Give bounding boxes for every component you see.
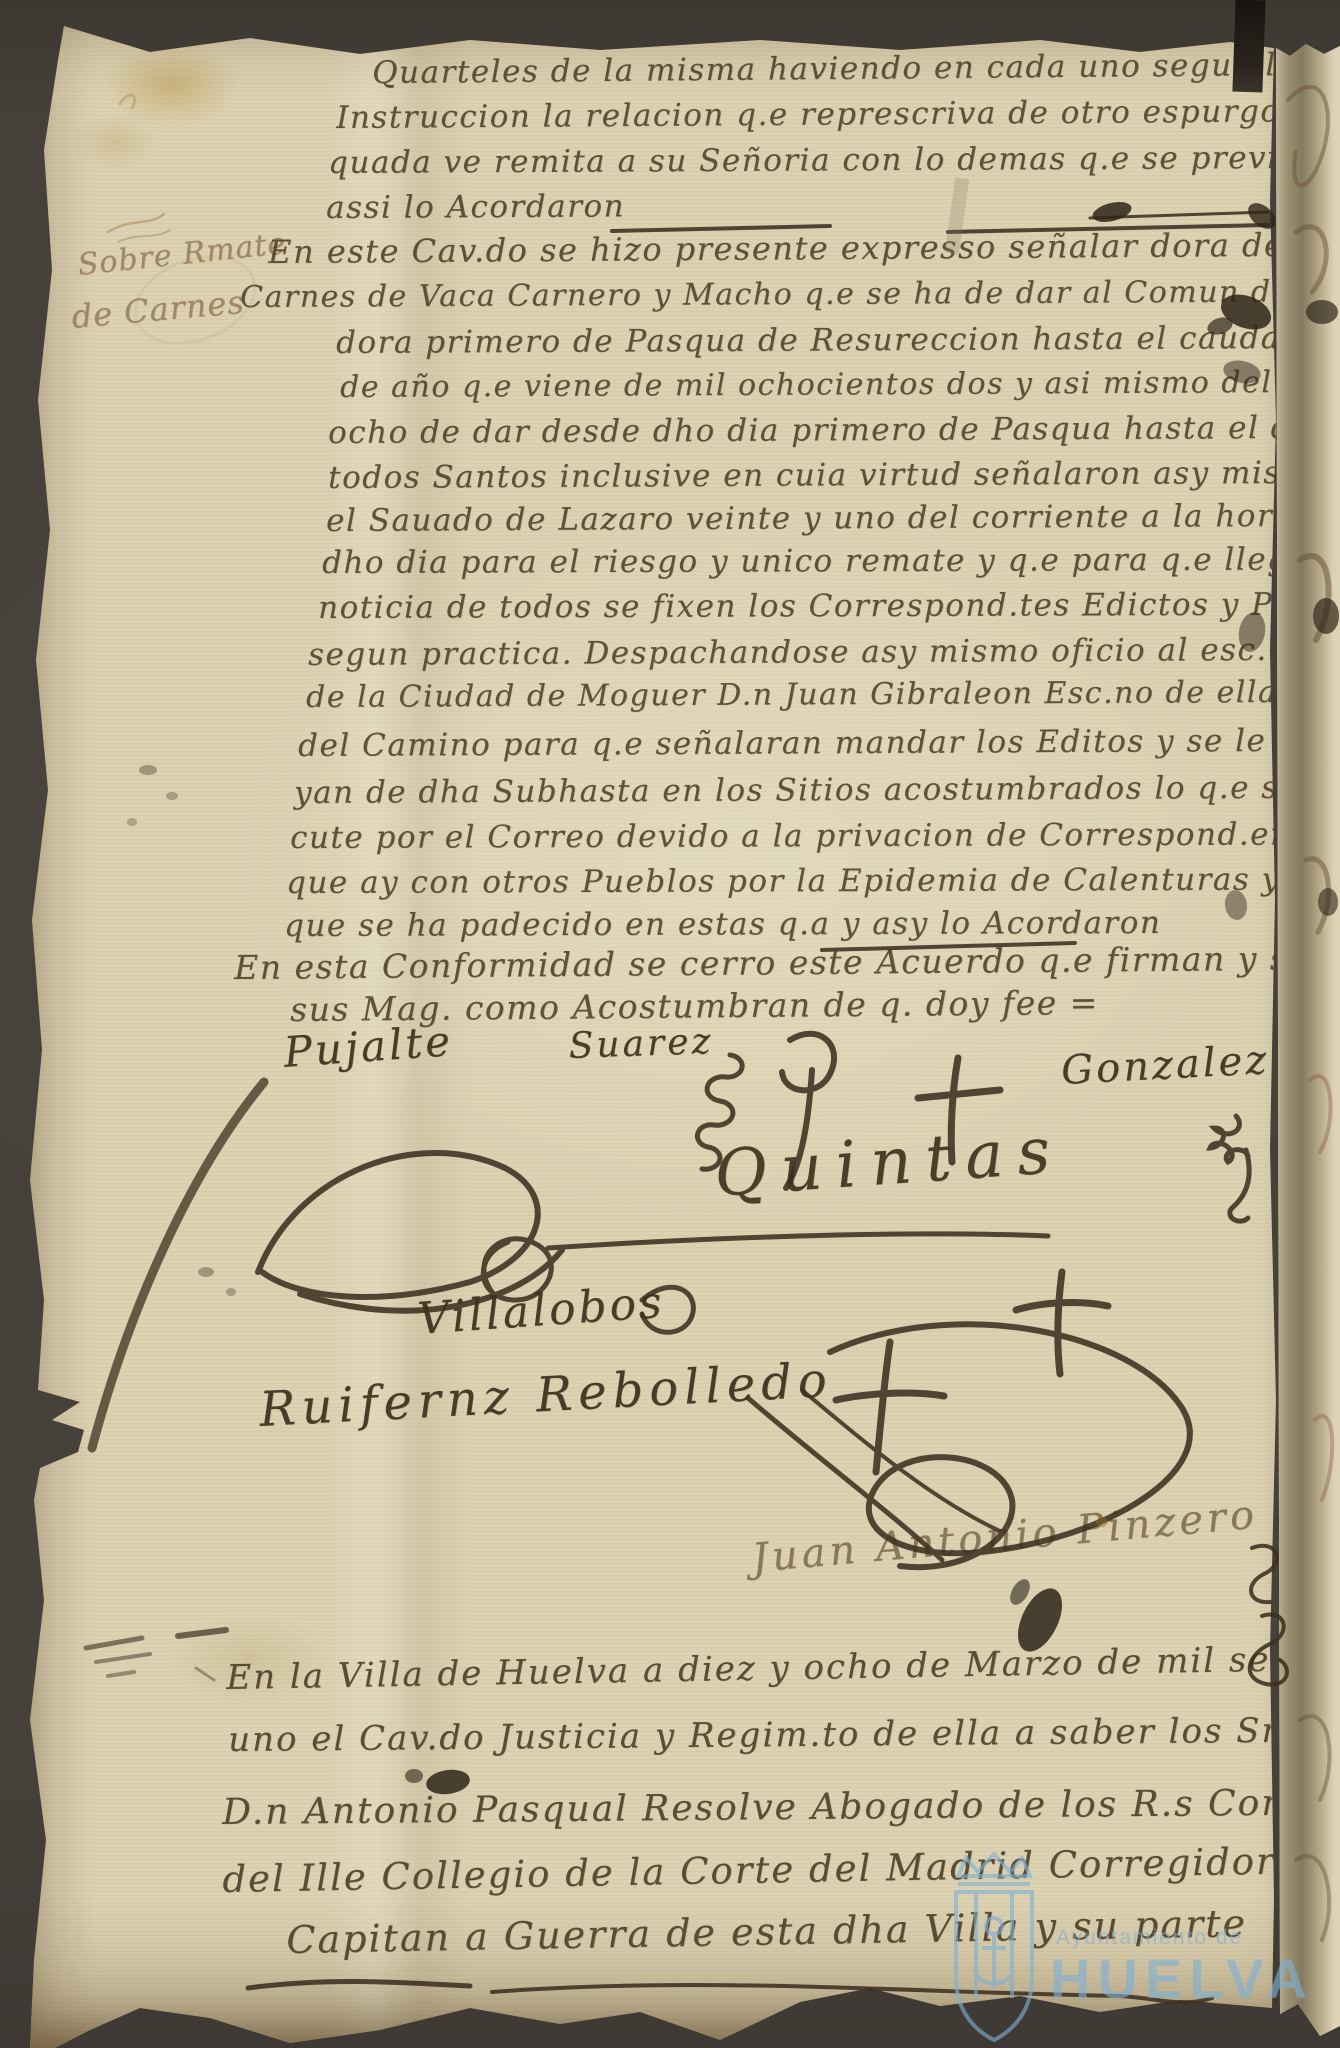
manuscript-line: En este Cav.do se hizo presente expresso… [268,225,1340,271]
manuscript-line: quada ve remita a su Señoria con lo dema… [328,140,1340,181]
manuscript-line: todos Santos inclusive en cuia virtud se… [328,455,1332,496]
manuscript-line: el Sauado de Lazaro veinte y uno del cor… [326,498,1340,539]
manuscript-line: Carnes de Vaca Carnero y Macho q.e se ha… [240,274,1340,315]
manuscript-page: Sobre Rmatede Carnes Quarteles de la mis… [0,0,1340,2048]
manuscript-line: noticia de todos se fixen los Correspond… [318,586,1340,626]
manuscript-line: yan de dha Subhasta en los Sitios acostu… [294,770,1299,811]
manuscript-line: de año q.e viene de mil ochocientos dos … [340,365,1340,405]
manuscript-line: dho dia para el riesgo y unico remate y … [322,541,1340,581]
manuscript-line: dora primero de Pasqua de Resureccion ha… [336,320,1340,361]
manuscript-line: cute por el Correo devido a la privacion… [290,817,1291,856]
manuscript-line: ocho de dar desde dho dia primero de Pas… [328,410,1312,451]
manuscript-line: del Camino para q.e señalaran mandar los… [298,723,1297,764]
signature-suarez: Suarez [568,1021,714,1067]
archive-scan: Sobre Rmatede Carnes Quarteles de la mis… [0,0,1340,2048]
manuscript-line: que se ha padecido en estas q.a y asy lo… [284,905,1161,944]
manuscript-line: assi lo Acordaron [326,188,625,226]
manuscript-line: Instruccion la relacion q.e represcriva … [336,93,1340,136]
adjacent-page-edge [1272,0,1340,2048]
manuscript-line: de la Ciudad de Moguer D.n Juan Gibraleo… [306,674,1340,715]
manuscript-line: que ay con otros Pueblos por la Epidemia… [286,861,1340,901]
manuscript-line: segun practica. Despachandose asy mismo … [308,632,1309,673]
binding-tab [1232,0,1265,92]
